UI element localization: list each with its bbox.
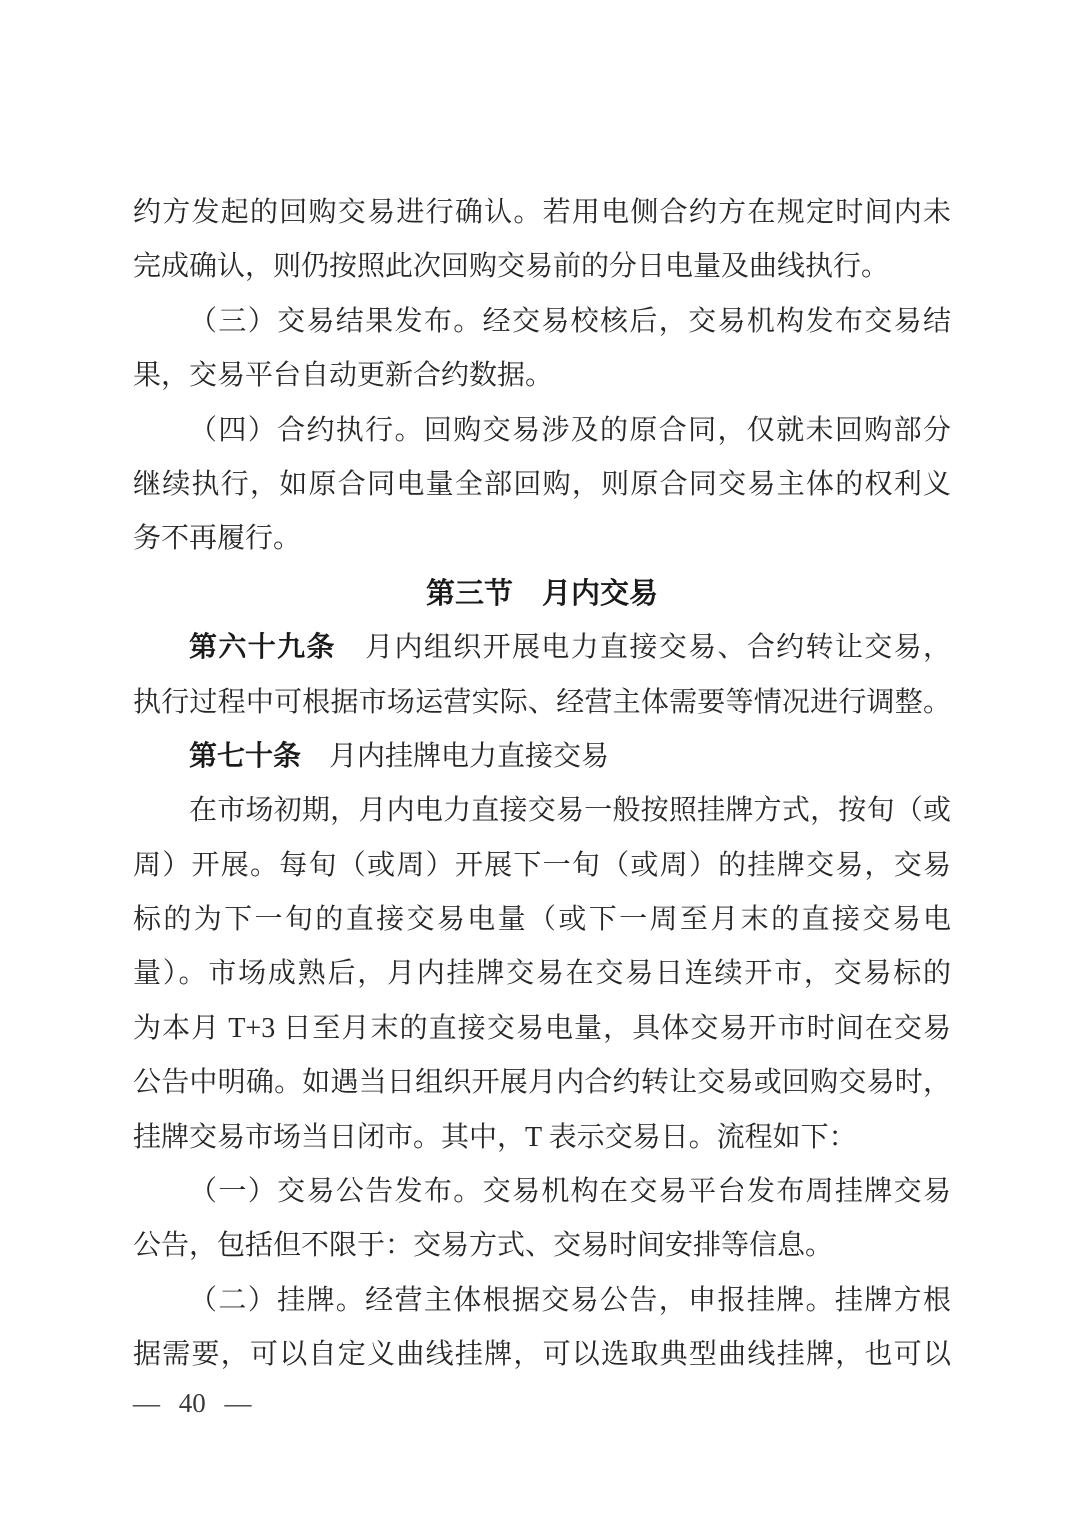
- text-line: 在市场初期，月内电力直接交易一般按照挂牌方式，按旬（或: [133, 784, 951, 838]
- text-line: （四）合约执行。回购交易涉及的原合同，仅就未回购部分: [133, 404, 951, 458]
- article-number: 第七十条: [189, 741, 301, 772]
- document-page: 约方发起的回购交易进行确认。若用电侧合约方在规定时间内未完成确认，则仍按照此次回…: [0, 0, 1080, 1527]
- text-line: 第六十九条 月内组织开展电力直接交易、合约转让交易，: [133, 621, 951, 675]
- paragraph: （四）合约执行。回购交易涉及的原合同，仅就未回购部分继续执行，如原合同电量全部回…: [133, 404, 951, 567]
- paragraph: 第七十条 月内挂牌电力直接交易: [133, 730, 951, 784]
- page-footer: — 40 —: [133, 1384, 252, 1422]
- paragraph: （三）交易结果发布。经交易校核后，交易机构发布交易结果，交易平台自动更新合约数据…: [133, 295, 951, 404]
- text-line: 周）开展。每旬（或周）开展下一旬（或周）的挂牌交易，交易: [133, 839, 951, 893]
- text-line: 量）。市场成熟后，月内挂牌交易在交易日连续开市，交易标的: [133, 947, 951, 1001]
- text-line: （三）交易结果发布。经交易校核后，交易机构发布交易结: [133, 295, 951, 349]
- page-number: — 40 —: [133, 1388, 252, 1418]
- text-line: 第七十条 月内挂牌电力直接交易: [133, 730, 951, 784]
- document-body: 约方发起的回购交易进行确认。若用电侧合约方在规定时间内未完成确认，则仍按照此次回…: [133, 186, 951, 1383]
- text-line: 据需要，可以自定义曲线挂牌，可以选取典型曲线挂牌，也可以: [133, 1328, 951, 1382]
- text-line: 约方发起的回购交易进行确认。若用电侧合约方在规定时间内未: [133, 186, 951, 240]
- text-line: 公告，包括但不限于：交易方式、交易时间安排等信息。: [133, 1219, 951, 1273]
- text-line: 完成确认，则仍按照此次回购交易前的分日电量及曲线执行。: [133, 240, 951, 294]
- article-number: 第六十九条: [189, 632, 336, 663]
- text-line: （一）交易公告发布。交易机构在交易平台发布周挂牌交易: [133, 1165, 951, 1219]
- paragraph: （一）交易公告发布。交易机构在交易平台发布周挂牌交易公告，包括但不限于：交易方式…: [133, 1165, 951, 1274]
- text-line: 务不再履行。: [133, 512, 951, 566]
- paragraph: 第六十九条 月内组织开展电力直接交易、合约转让交易，执行过程中可根据市场运营实际…: [133, 621, 951, 730]
- text-line: 为本月 T+3 日至月末的直接交易电量，具体交易开市时间在交易: [133, 1002, 951, 1056]
- text-line: 公告中明确。如遇当日组织开展月内合约转让交易或回购交易时，: [133, 1056, 951, 1110]
- text-line: 挂牌交易市场当日闭市。其中，T 表示交易日。流程如下：: [133, 1111, 951, 1165]
- text-line: 执行过程中可根据市场运营实际、经营主体需要等情况进行调整。: [133, 676, 951, 730]
- paragraph: 约方发起的回购交易进行确认。若用电侧合约方在规定时间内未完成确认，则仍按照此次回…: [133, 186, 951, 295]
- text-line: （二）挂牌。经营主体根据交易公告，申报挂牌。挂牌方根: [133, 1274, 951, 1328]
- paragraph: （二）挂牌。经营主体根据交易公告，申报挂牌。挂牌方根据需要，可以自定义曲线挂牌，…: [133, 1274, 951, 1383]
- text-line: 果，交易平台自动更新合约数据。: [133, 349, 951, 403]
- text-line: 继续执行，如原合同电量全部回购，则原合同交易主体的权利义: [133, 458, 951, 512]
- section-heading: 第三节 月内交易: [133, 567, 951, 621]
- paragraph: 在市场初期，月内电力直接交易一般按照挂牌方式，按旬（或周）开展。每旬（或周）开展…: [133, 784, 951, 1165]
- text-line: 标的为下一旬的直接交易电量（或下一周至月末的直接交易电: [133, 893, 951, 947]
